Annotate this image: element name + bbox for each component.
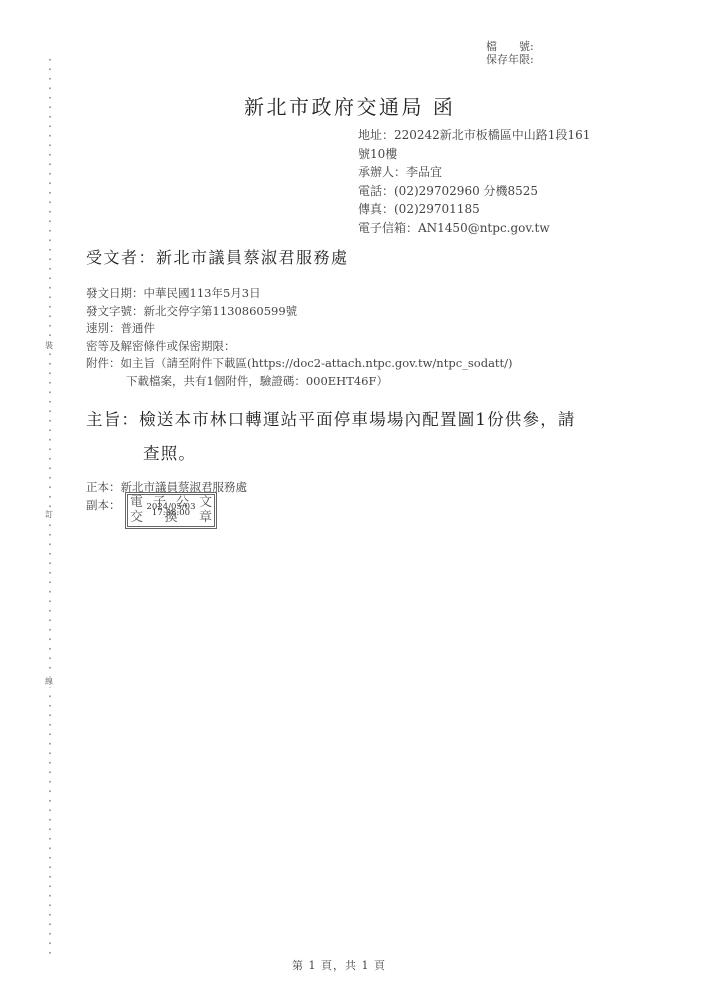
binding-mark-ding: 訂 — [45, 510, 53, 520]
document-title: 新北市政府交通局 函 — [244, 91, 455, 120]
retention-label: 保存年限: — [486, 53, 539, 66]
document-meta: 發文日期：中華民國113年5月3日 發文字號：新北交停字第1130860599號… — [86, 285, 513, 390]
stamp-time: 17:38:00 — [128, 509, 214, 517]
handler: 承辦人：李品宜 — [358, 163, 590, 182]
address-line-2: 號10樓 — [358, 145, 590, 164]
binding-mark-xian: 線 — [45, 677, 53, 687]
issue-date: 發文日期：中華民國113年5月3日 — [86, 285, 513, 303]
contact-block: 地址：220242新北市板橋區中山路1段161 號10樓 承辦人：李品宜 電話：… — [358, 126, 590, 238]
e-document-exchange-stamp: 電 子 公 文 交 換 章 2024/05/03 17:38:00 — [127, 494, 215, 527]
fax: 傳真：(02)29701185 — [358, 200, 590, 219]
email: 電子信箱：AN1450@ntpc.gov.tw — [358, 219, 590, 238]
file-number-label: 檔 號: — [486, 40, 539, 53]
phone: 電話：(02)29702960 分機8525 — [358, 182, 590, 201]
attachment-line-1[interactable]: 附件：如主旨（請至附件下載區(https://doc2-attach.ntpc.… — [86, 355, 513, 373]
archive-info: 檔 號: 保存年限: — [486, 40, 539, 66]
binding-dotted-line — [49, 55, 51, 955]
delivery-speed: 速別：普通件 — [86, 320, 513, 338]
subject: 主旨：檢送本市林口轉運站平面停車場場內配置圖1份供參，請 查照。 — [86, 403, 576, 471]
security-level: 密等及解密條件或保密期限： — [86, 338, 513, 356]
binding-mark-zhuang: 裝 — [45, 341, 53, 351]
address-line-1: 地址：220242新北市板橋區中山路1段161 — [358, 126, 590, 145]
page-number: 第 1 頁，共 1 頁 — [292, 957, 386, 973]
attachment-line-2: 下載檔案，共有1個附件，驗證碼：000EHT46F） — [86, 373, 513, 391]
document-number: 發文字號：新北交停字第1130860599號 — [86, 303, 513, 321]
subject-line-2: 查照。 — [86, 437, 576, 471]
recipient: 受文者：新北市議員蔡淑君服務處 — [86, 245, 349, 268]
subject-line-1: 主旨：檢送本市林口轉運站平面停車場場內配置圖1份供參，請 — [86, 403, 576, 437]
